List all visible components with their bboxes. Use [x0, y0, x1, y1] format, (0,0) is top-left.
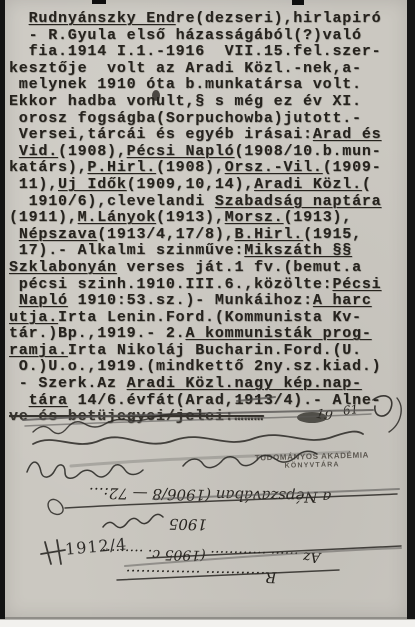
ink-scribble [48, 499, 63, 514]
ink-smudge [152, 90, 160, 101]
typed-line-14: Népszava(1913/4,17/8),B.Hirl.(1915, [9, 227, 405, 244]
typed-text: (1911), [9, 209, 78, 226]
typed-text [9, 226, 19, 243]
underlined-title: tára [29, 392, 68, 409]
typed-text: Irta Nikoláj Bucharin.Ford.(U. [68, 342, 362, 359]
typed-text: ( [362, 176, 372, 193]
underlined-title: Morsz. [225, 209, 284, 226]
typed-text: katárs), [9, 159, 87, 176]
typed-line-13: (1911),M.Lányok(1913),Morsz.(1913), [9, 210, 405, 227]
typed-line-4: kesztője volt az Aradi Közl.-nek,a- [9, 61, 405, 78]
typed-text: 1910:53.sz.)- Munkáihoz: [68, 292, 313, 309]
typed-text: 1910/6),clevelandi [9, 193, 215, 210]
underlined-title: Vid. [19, 143, 58, 160]
typed-line-17: pécsi szinh.1910.III.6.,közölte:Pécsi [9, 277, 405, 294]
typed-text: (1913), [283, 209, 352, 226]
underlined-title: Pécsi [332, 276, 381, 293]
scan-edge-right [407, 0, 415, 619]
handwritten-line-nepszava: a Népszavában (1906/8 — 72:… [57, 483, 363, 506]
typed-line-1: Rudnyánszky Endre(dezseri),hirlapiró [9, 11, 405, 28]
underlined-title: Uj Idők [58, 176, 127, 193]
underlined-title: Mikszáth §§ [244, 242, 352, 259]
typed-text: - Szerk.Az [9, 375, 127, 392]
typed-text: verses ját.1 fv.(bemut.a [117, 259, 362, 276]
scan-artifact [292, 0, 304, 5]
typed-text: (1908), [156, 159, 225, 176]
typed-text: melynek 1910 óta b.munkatársa volt. [9, 76, 362, 93]
handwritten-note-61: 61 [342, 402, 359, 418]
typed-line-20: tár.)Bp.,1919.- 2.A kommunisták prog- [9, 326, 405, 343]
typed-text [9, 392, 29, 409]
underlined-title: Pécsi Napló [127, 143, 235, 160]
scan-edge-left [0, 0, 5, 619]
typed-text: O.)U.o.,1919.(mindkettő 2ny.sz.kiad.) [9, 358, 381, 375]
typed-text: (1913/4,17/8), [97, 226, 234, 243]
typed-text: (1909- [323, 159, 382, 176]
typed-text: (1909,10,14), [127, 176, 254, 193]
typed-text: pécsi szinh.1910.III.6.,közölte: [9, 276, 332, 293]
typed-line-22: O.)U.o.,1919.(mindkettő 2ny.sz.kiad.) [9, 359, 405, 376]
typed-text: - R.Gyula első házasságából(?)való [9, 27, 362, 44]
typed-text: 11), [9, 176, 58, 193]
handwritten-line-bottom: R………… …………… [53, 564, 349, 587]
underlined-title: P.Hirl. [87, 159, 156, 176]
typed-line-10: katárs),P.Hirl.(1908),Orsz.-Vil.(1909- [9, 160, 405, 177]
underlined-title: Szabadság naptára [215, 193, 382, 210]
underlined-title: utja. [9, 309, 58, 326]
typed-line-2: - R.Gyula első házasságából(?)való [9, 28, 405, 45]
typed-text: (1908), [58, 143, 127, 160]
typed-text: 17).- Alkalmi szinműve: [9, 242, 244, 259]
typed-line-6: Ekkor hadba vonult,§ s még ez év XI. [9, 94, 405, 111]
handwritten-line-1905c: Az …… ………… (1905 c. ……… [63, 544, 359, 565]
typed-line-11: 11),Uj Idők(1909,10,14),Aradi Közl.( [9, 177, 405, 194]
ink-scribble [27, 462, 143, 478]
struck-text: ve és betüjegyei/jelei:……… [9, 408, 264, 425]
ink-scribble [41, 540, 65, 564]
typed-line-16: Szklabonyán verses ját.1 fv.(bemut.a [9, 260, 405, 277]
typed-line-7: orosz fogságba(Sorpuchowba)jutott.- [9, 111, 405, 128]
underlined-title: Népszava [19, 226, 97, 243]
handwritten-note-1905: 1905 [151, 515, 207, 534]
underlined-title: A kommunisták prog- [185, 325, 371, 342]
typed-line-3: fia.1914 I.1.-1916 VII.15.fel.szer- [9, 44, 405, 61]
typed-text: 14/6.évfát(Arad,1913/4).- Alne- [68, 392, 382, 409]
typed-text: kesztője volt az Aradi Közl.-nek,a- [9, 60, 362, 77]
underlined-title: ramja. [9, 342, 68, 359]
typed-text [9, 10, 29, 27]
typed-text: Irta Lenin.Ford.(Kommunista Kv- [58, 309, 362, 326]
scan-artifact [92, 0, 106, 4]
underlined-title: Napló [19, 292, 68, 309]
typed-line-19: utja.Irta Lenin.Ford.(Kommunista Kv- [9, 310, 405, 327]
library-stamp: TUDOMÁNYOS AKADÉMIA KÖNYVTÁRA [251, 450, 373, 470]
typed-text: re(dezseri),hirlapiró [176, 10, 382, 27]
typed-line-15: 17).- Alkalmi szinműve:Mikszáth §§ [9, 243, 405, 260]
typed-line-18: Napló 1910:53.sz.)- Munkáihoz:A harc [9, 293, 405, 310]
typed-text: (1915, [303, 226, 362, 243]
underlined-title: M.Lányok [78, 209, 156, 226]
typed-text: Ekkor hadba vonult,§ s még ez év XI. [9, 93, 362, 110]
typed-text [9, 292, 19, 309]
typed-text-block: Rudnyánszky Endre(dezseri),hirlapiró - R… [9, 11, 405, 426]
typed-text: fia.1914 I.1.-1916 VII.15.fel.szer- [9, 43, 381, 60]
typed-text: orosz fogságba(Sorpuchowba)jutott.- [9, 110, 362, 127]
underlined-title: B.Hirl. [234, 226, 303, 243]
underlined-title: Arad és [313, 126, 382, 143]
typed-line-21: ramja.Irta Nikoláj Bucharin.Ford.(U. [9, 343, 405, 360]
index-card: Rudnyánszky Endre(dezseri),hirlapiró - R… [5, 0, 407, 619]
underlined-title: Aradi Közl.nagy kép.nap- [127, 375, 362, 392]
underlined-title: A harc [313, 292, 372, 309]
underlined-title: Aradi Közl. [254, 176, 362, 193]
typed-line-5: melynek 1910 óta b.munkatársa volt. [9, 77, 405, 94]
typed-text [9, 143, 19, 160]
typed-text: Versei,tárcái és egyéb irásai: [9, 126, 313, 143]
typed-line-12: 1910/6),clevelandi Szabadság naptára [9, 194, 405, 211]
underlined-title: Rudnyánszky End [29, 10, 176, 27]
ink-smudge [297, 412, 327, 423]
typed-line-8: Versei,tárcái és egyéb irásai:Arad és [9, 127, 405, 144]
ink-scribble [33, 432, 363, 444]
typed-line-23: - Szerk.Az Aradi Közl.nagy kép.nap- [9, 376, 405, 393]
underlined-title: Szklabonyán [9, 259, 117, 276]
typed-text: (1913), [156, 209, 225, 226]
typed-text: (1908/10.b.mun- [234, 143, 381, 160]
typed-text: tár.)Bp.,1919.- 2. [9, 325, 185, 342]
scan-edge-bottom [0, 619, 415, 627]
underlined-title: Orsz.-Vil. [225, 159, 323, 176]
typed-line-9: Vid.(1908),Pécsi Napló(1908/10.b.mun- [9, 144, 405, 161]
